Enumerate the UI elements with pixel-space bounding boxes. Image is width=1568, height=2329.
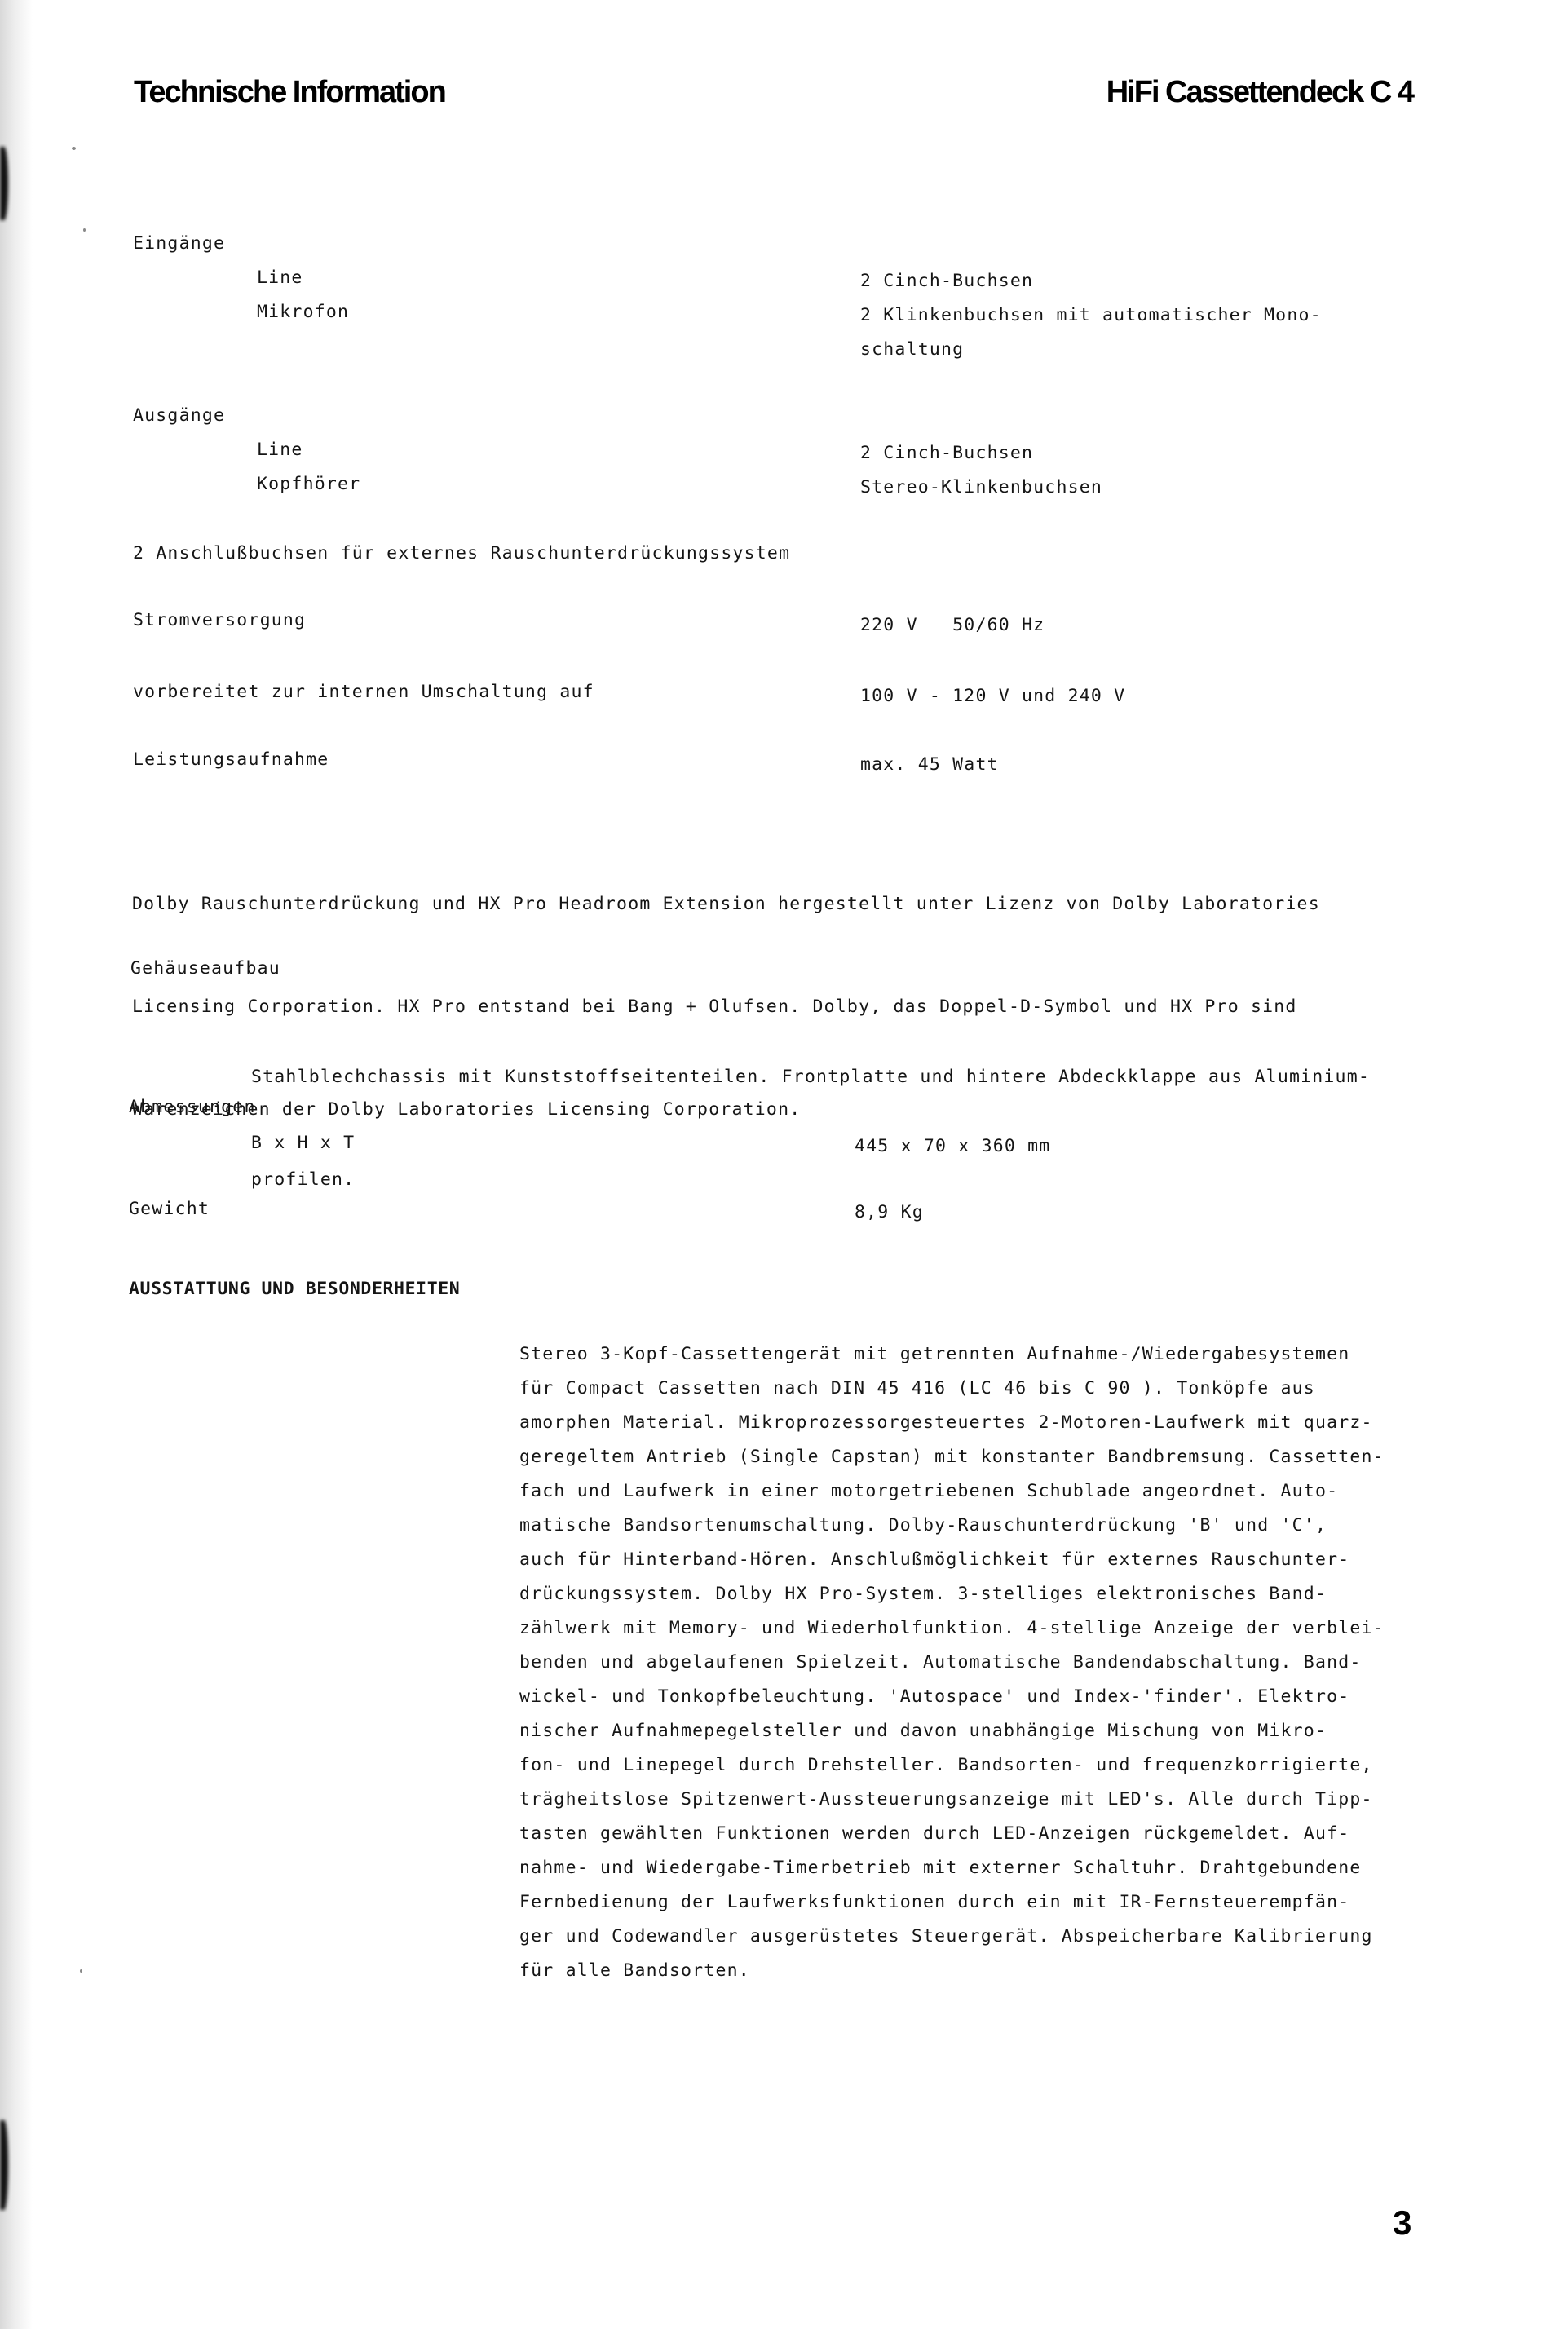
weight-value: 8,9 Kg (855, 1202, 924, 1222)
inputs-mic-value: 2 Klinkenbuchsen mit automatischer Mono- (860, 305, 1322, 325)
inputs-line-value: 2 Cinch-Buchsen (860, 271, 1033, 291)
power-consumption-value: max. 45 Watt (860, 754, 999, 775)
outputs-headphone-label: Kopfhörer (257, 474, 360, 494)
nr-sockets-note: 2 Anschlußbuchsen für externes Rauschunt… (133, 543, 790, 563)
housing-line: profilen. (251, 1163, 1370, 1197)
power-consumption-label: Leistungsaufnahme (133, 749, 329, 770)
housing-line: Stahlblechchassis mit Kunststoffseitente… (251, 1060, 1370, 1094)
inputs-mic-label: Mikrofon (257, 302, 349, 322)
housing-label: Gehäuseaufbau (130, 958, 280, 979)
inputs-label: Eingänge (133, 233, 225, 254)
dimensions-sub-label: B x H x T (251, 1133, 355, 1153)
features-description: Stereo 3-Kopf-Cassettengerät mit getrenn… (519, 1337, 1385, 1988)
features-line: Stereo 3-Kopf-Cassettengerät mit getrenn… (519, 1337, 1385, 1372)
dolby-note-line: Dolby Rauschunterdrückung und HX Pro Hea… (132, 887, 1320, 921)
inputs-mic-value-cont: schaltung (860, 339, 964, 360)
features-line: ger und Codewandler ausgerüstetes Steuer… (519, 1920, 1385, 1954)
scan-speck (80, 1969, 82, 1973)
features-line: Fernbedienung der Laufwerksfunktionen du… (519, 1885, 1385, 1920)
voltage-switch-label: vorbereitet zur internen Umschaltung auf (133, 682, 594, 702)
scan-artifact (0, 147, 8, 220)
features-line: geregeltem Antrieb (Single Capstan) mit … (519, 1440, 1385, 1474)
page-number: 3 (1393, 2203, 1411, 2243)
power-supply-value: 220 V 50/60 Hz (860, 615, 1045, 635)
power-supply-label: Stromversorgung (133, 610, 306, 630)
features-line: wickel- und Tonkopfbeleuchtung. 'Autospa… (519, 1680, 1385, 1714)
outputs-label: Ausgänge (133, 405, 225, 426)
features-line: nahme- und Wiedergabe-Timerbetrieb mit e… (519, 1851, 1385, 1885)
scan-speck (83, 228, 86, 232)
voltage-switch-value: 100 V - 120 V und 240 V (860, 686, 1125, 706)
features-heading: AUSSTATTUNG UND BESONDERHEITEN (129, 1279, 460, 1299)
scan-speck (72, 147, 76, 150)
features-line: fon- und Linepegel durch Drehsteller. Ba… (519, 1748, 1385, 1783)
product-title: HiFi Cassettendeck C 4 (1106, 75, 1413, 110)
dimensions-label: Abmessungen (129, 1097, 256, 1117)
features-line: auch für Hinterband-Hören. Anschlußmögli… (519, 1543, 1385, 1577)
outputs-headphone-value: Stereo-Klinkenbuchsen (860, 477, 1102, 497)
features-line: tasten gewählten Funktionen werden durch… (519, 1817, 1385, 1851)
features-line: zählwerk mit Memory- und Wiederholfunkti… (519, 1611, 1385, 1646)
features-line: trägheitslose Spitzenwert-Aussteuerungsa… (519, 1783, 1385, 1817)
housing-description: Stahlblechchassis mit Kunststoffseitente… (251, 992, 1370, 1231)
features-line: matische Bandsortenumschaltung. Dolby-Ra… (519, 1509, 1385, 1543)
features-line: nischer Aufnahmepegelsteller und davon u… (519, 1714, 1385, 1748)
dimensions-value: 445 x 70 x 360 mm (855, 1136, 1050, 1156)
features-line: fach und Laufwerk in einer motorgetriebe… (519, 1474, 1385, 1509)
features-line: drückungssystem. Dolby HX Pro-System. 3-… (519, 1577, 1385, 1611)
scan-edge-shadow (0, 0, 33, 2329)
features-line: amorphen Material. Mikroprozessorgesteue… (519, 1406, 1385, 1440)
inputs-line-label: Line (257, 267, 303, 288)
outputs-line-label: Line (257, 440, 303, 460)
document-section-title: Technische Information (134, 75, 445, 110)
features-line: benden und abgelaufenen Spielzeit. Autom… (519, 1646, 1385, 1680)
scan-artifact (0, 2120, 8, 2210)
outputs-line-value: 2 Cinch-Buchsen (860, 443, 1033, 463)
features-line: für Compact Cassetten nach DIN 45 416 (L… (519, 1372, 1385, 1406)
features-line: für alle Bandsorten. (519, 1954, 1385, 1988)
weight-label: Gewicht (129, 1199, 210, 1219)
